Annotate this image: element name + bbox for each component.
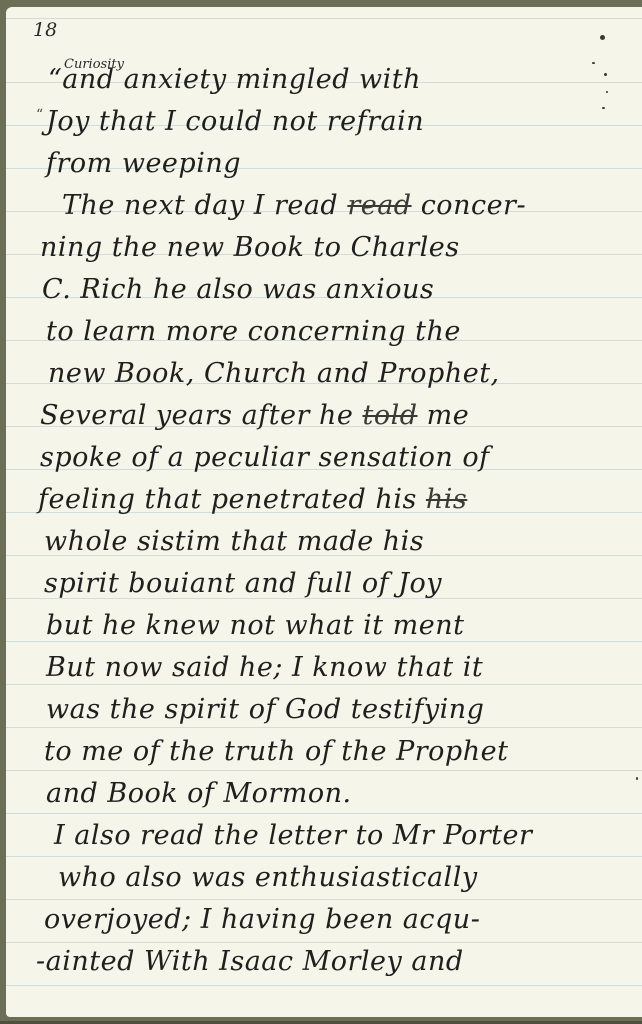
line-text: whole sistim that made his	[44, 526, 424, 557]
page-number: 18	[33, 19, 57, 41]
line-text: spoke of a peculiar sensation of	[40, 442, 490, 473]
line-text: Several years after he	[40, 400, 353, 431]
handwritten-line: but he knew not what it ment	[46, 612, 464, 639]
ink-speck	[604, 73, 607, 76]
handwritten-line: who also was enthusiastically	[58, 864, 478, 891]
line-text: I also read the letter to Mr Porter	[54, 820, 532, 851]
line-text: feeling that penetrated his	[38, 484, 417, 515]
handwritten-line: from weeping	[46, 150, 241, 177]
handwritten-line: to me of the truth of the Prophet	[44, 738, 508, 765]
handwritten-line: I also read the letter to Mr Porter	[54, 822, 532, 849]
handwritten-line: new Book, Church and Prophet,	[48, 360, 500, 387]
line-text: from weeping	[46, 148, 241, 179]
line-text: Joy that I could not refrain	[46, 106, 424, 137]
handwritten-line: The next day I read read concer-	[62, 192, 526, 219]
line-text: ning the new Book to Charles	[40, 232, 460, 263]
line-text: “and anxiety mingled with	[48, 64, 421, 95]
handwritten-line: ning the new Book to Charles	[40, 234, 460, 261]
handwritten-line: to learn more concerning the	[46, 318, 461, 345]
handwritten-line: was the spirit of God testifying	[46, 696, 484, 723]
handwritten-line: spirit bouiant and full of Joy	[44, 570, 442, 597]
line-text: to learn more concerning the	[46, 316, 461, 347]
handwritten-line: Several years after he told me	[40, 402, 469, 429]
handwritten-line: and Book of Mormon.	[46, 780, 352, 807]
line-text-continuation: me	[427, 400, 470, 431]
line-text: spirit bouiant and full of Joy	[44, 568, 442, 599]
ink-speck	[592, 62, 595, 64]
line-text: new Book, Church and Prophet,	[48, 358, 500, 389]
handwritten-line: spoke of a peculiar sensation of	[40, 444, 490, 471]
handwritten-line: feeling that penetrated his his	[38, 486, 467, 513]
handwritten-line: “and anxiety mingled with	[48, 66, 421, 93]
ink-speck	[602, 107, 605, 109]
line-text: -ainted With Isaac Morley and	[36, 946, 464, 977]
ink-speck	[600, 35, 605, 40]
handwritten-line: C. Rich he also was anxious	[42, 276, 434, 303]
ink-speck	[606, 91, 608, 93]
margin-quote-mark: “	[36, 107, 43, 123]
line-text: was the spirit of God testifying	[46, 694, 484, 725]
line-text-continuation: concer-	[421, 190, 526, 221]
line-text: but he knew not what it ment	[46, 610, 464, 641]
line-text: who also was enthusiastically	[58, 862, 478, 893]
struck-out-word: told	[362, 400, 417, 431]
line-text: and Book of Mormon.	[46, 778, 352, 809]
handwritten-line: But now said he; I know that it	[46, 654, 483, 681]
line-text: overjoyed; I having been acqu-	[44, 904, 480, 935]
handwritten-line: whole sistim that made his	[44, 528, 424, 555]
line-text: C. Rich he also was anxious	[42, 274, 434, 305]
struck-out-word: his	[426, 484, 467, 515]
handwritten-line: overjoyed; I having been acqu-	[44, 906, 480, 933]
ink-speck	[636, 777, 638, 780]
line-text: But now said he; I know that it	[46, 652, 483, 683]
struck-out-word: read	[347, 190, 411, 221]
handwritten-line: Joy that I could not refrain	[46, 108, 424, 135]
line-text: The next day I read	[62, 190, 338, 221]
handwritten-line: -ainted With Isaac Morley and	[36, 948, 464, 975]
manuscript-page: 18 Curiosity “ “and anxiety mingled with…	[6, 7, 642, 1017]
line-text: to me of the truth of the Prophet	[44, 736, 508, 767]
